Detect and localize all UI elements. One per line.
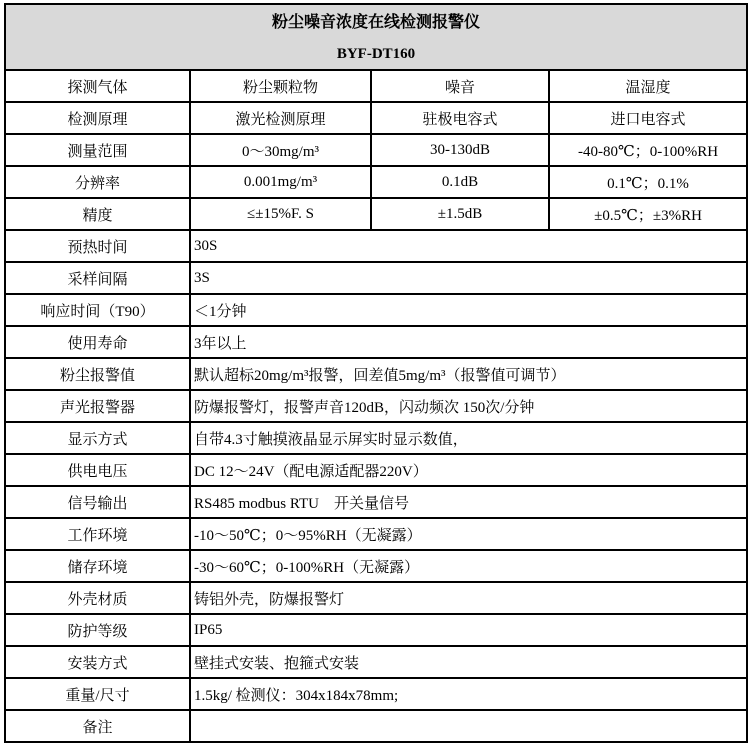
humiture-column-cell: 0.1℃；0.1%	[549, 166, 747, 198]
table-row-lifespan: 使用寿命 3年以上	[5, 326, 747, 358]
param-label: 备注	[5, 710, 190, 742]
dust-column-cell: 0～30mg/m³	[190, 134, 371, 166]
param-value: 30S	[190, 230, 747, 262]
param-label: 探测气体	[5, 70, 190, 102]
humiture-column-cell: ±0.5℃；±3%RH	[549, 198, 747, 230]
param-label: 供电电压	[5, 454, 190, 486]
param-label: 安装方式	[5, 646, 190, 678]
table-row-protection-rating: 防护等级 IP65	[5, 614, 747, 646]
table-row-storage-environment: 储存环境 -30～60℃；0-100%RH（无凝露）	[5, 550, 747, 582]
table-row-shell-material: 外壳材质 铸铝外壳，防爆报警灯	[5, 582, 747, 614]
table-header-row: 粉尘噪音浓度在线检测报警仪 BYF-DT160	[5, 4, 747, 70]
param-value: 默认超标20mg/m³报警，回差值5mg/m³（报警值可调节）	[190, 358, 747, 390]
param-label: 工作环境	[5, 518, 190, 550]
param-label: 检测原理	[5, 102, 190, 134]
param-label: 精度	[5, 198, 190, 230]
humiture-column-cell: -40-80℃；0-100%RH	[549, 134, 747, 166]
param-label: 粉尘报警值	[5, 358, 190, 390]
noise-column-cell: 0.1dB	[371, 166, 549, 198]
product-title: 粉尘噪音浓度在线检测报警仪	[6, 6, 746, 40]
param-label: 外壳材质	[5, 582, 190, 614]
param-label: 重量/尺寸	[5, 678, 190, 710]
param-label: 预热时间	[5, 230, 190, 262]
param-label: 测量范围	[5, 134, 190, 166]
param-label: 使用寿命	[5, 326, 190, 358]
param-label: 声光报警器	[5, 390, 190, 422]
table-row-weight-size: 重量/尺寸 1.5kg/ 检测仪：304x184x78mm;	[5, 678, 747, 710]
table-row-sound-light-alarm: 声光报警器 防爆报警灯，报警声音120dB，闪动频次 150次/分钟	[5, 390, 747, 422]
param-value: -30～60℃；0-100%RH（无凝露）	[190, 550, 747, 582]
table-row-warmup: 预热时间 30S	[5, 230, 747, 262]
table-row-range: 测量范围 0～30mg/m³ 30-130dB -40-80℃；0-100%RH	[5, 134, 747, 166]
table-row-response-time: 响应时间（T90） ＜1分钟	[5, 294, 747, 326]
table-row-accuracy: 精度 ≤±15%F. S ±1.5dB ±0.5℃；±3%RH	[5, 198, 747, 230]
param-value: 1.5kg/ 检测仪：304x184x78mm;	[190, 678, 747, 710]
param-value	[190, 710, 747, 742]
dust-column-cell: 激光检测原理	[190, 102, 371, 134]
table-row-display-mode: 显示方式 自带4.3寸触摸液晶显示屏实时显示数值，	[5, 422, 747, 454]
param-value: 壁挂式安装、抱箍式安装	[190, 646, 747, 678]
table-row-supply-voltage: 供电电压 DC 12～24V（配电源适配器220V）	[5, 454, 747, 486]
param-value: -10～50℃；0～95%RH（无凝露）	[190, 518, 747, 550]
table-row-installation-method: 安装方式 壁挂式安装、抱箍式安装	[5, 646, 747, 678]
product-model: BYF-DT160	[6, 40, 746, 68]
humiture-column-cell: 进口电容式	[549, 102, 747, 134]
table-row-working-environment: 工作环境 -10～50℃；0～95%RH（无凝露）	[5, 518, 747, 550]
param-label: 信号输出	[5, 486, 190, 518]
table-row-sampling-interval: 采样间隔 3S	[5, 262, 747, 294]
dust-column-cell: ≤±15%F. S	[190, 198, 371, 230]
param-value: 防爆报警灯，报警声音120dB，闪动频次 150次/分钟	[190, 390, 747, 422]
param-value: DC 12～24V（配电源适配器220V）	[190, 454, 747, 486]
table-row-signal-output: 信号输出 RS485 modbus RTU 开关量信号	[5, 486, 747, 518]
param-value: 自带4.3寸触摸液晶显示屏实时显示数值，	[190, 422, 747, 454]
table-row-detect-target: 探测气体 粉尘颗粒物 噪音 温湿度	[5, 70, 747, 102]
table-header-cell: 粉尘噪音浓度在线检测报警仪 BYF-DT160	[5, 4, 747, 70]
param-value: RS485 modbus RTU 开关量信号	[190, 486, 747, 518]
param-label: 防护等级	[5, 614, 190, 646]
param-value: ＜1分钟	[190, 294, 747, 326]
spec-table: 粉尘噪音浓度在线检测报警仪 BYF-DT160 探测气体 粉尘颗粒物 噪音 温湿…	[4, 3, 748, 743]
noise-column-cell: ±1.5dB	[371, 198, 549, 230]
table-row-remarks: 备注	[5, 710, 747, 742]
param-label: 显示方式	[5, 422, 190, 454]
humiture-column-cell: 温湿度	[549, 70, 747, 102]
dust-column-cell: 粉尘颗粒物	[190, 70, 371, 102]
param-value: 铸铝外壳，防爆报警灯	[190, 582, 747, 614]
noise-column-cell: 驻极电容式	[371, 102, 549, 134]
param-label: 响应时间（T90）	[5, 294, 190, 326]
param-label: 储存环境	[5, 550, 190, 582]
noise-column-cell: 噪音	[371, 70, 549, 102]
param-label: 分辨率	[5, 166, 190, 198]
param-value: IP65	[190, 614, 747, 646]
dust-column-cell: 0.001mg/m³	[190, 166, 371, 198]
param-value: 3年以上	[190, 326, 747, 358]
table-row-dust-alarm-value: 粉尘报警值 默认超标20mg/m³报警，回差值5mg/m³（报警值可调节）	[5, 358, 747, 390]
param-label: 采样间隔	[5, 262, 190, 294]
table-row-resolution: 分辨率 0.001mg/m³ 0.1dB 0.1℃；0.1%	[5, 166, 747, 198]
param-value: 3S	[190, 262, 747, 294]
noise-column-cell: 30-130dB	[371, 134, 549, 166]
table-row-principle: 检测原理 激光检测原理 驻极电容式 进口电容式	[5, 102, 747, 134]
